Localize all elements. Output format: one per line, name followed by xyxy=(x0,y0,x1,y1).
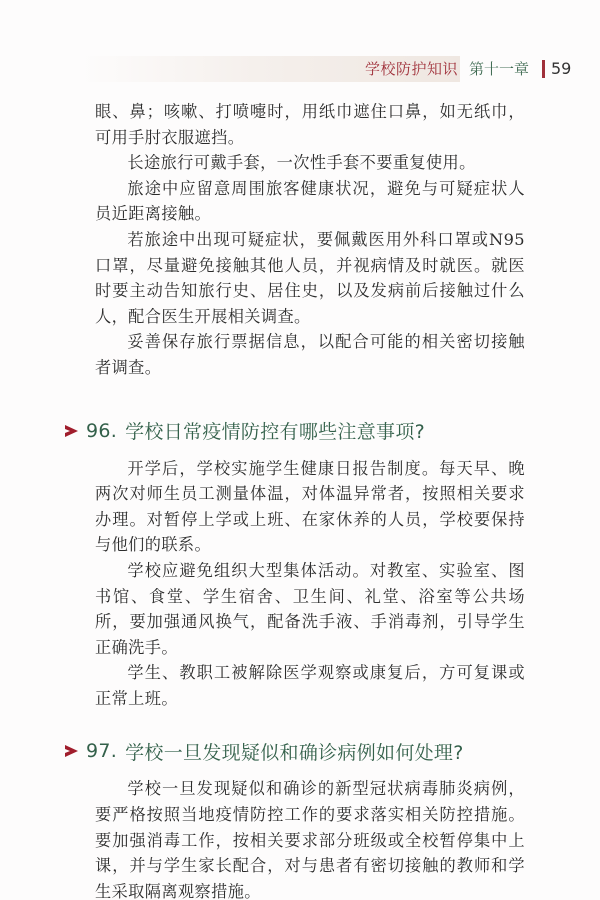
page-number: 59 xyxy=(551,58,571,80)
paragraph: 若旅途中出现可疑症状，要佩戴医用外科口罩或N95口罩，尽量避免接触其他人员，并视… xyxy=(95,227,525,329)
paragraph: 开学后，学校实施学生健康日报告制度。每天早、晚两次对师生员工测量体温，对体温异常… xyxy=(95,456,525,558)
paragraph: 学生、教职工被解除医学观察或康复后，方可复课或正常上班。 xyxy=(95,660,525,711)
paragraph: 学校一旦发现疑似和确诊的新型冠状病毒肺炎病例，要严格按照当地疫情防控工作的要求落… xyxy=(95,776,525,900)
chapter-label: 第十一章 xyxy=(469,58,529,80)
paragraph: 学校应避免组织大型集体活动。对教室、实验室、图书馆、食堂、学生宿舍、卫生间、礼堂… xyxy=(95,558,525,660)
header-divider xyxy=(542,60,545,78)
page-body: 眼、鼻；咳嗽、打喷嚏时，用纸巾遮住口鼻，如无纸巾，可用手肘衣服遮挡。 长途旅行可… xyxy=(95,99,525,900)
paragraph: 长途旅行可戴手套，一次性手套不要重复使用。 xyxy=(95,150,525,176)
section-heading-97: 97. 学校一旦发现疑似和确诊病例如何处理? xyxy=(65,736,525,766)
section-heading-96: 96. 学校日常疫情防控有哪些注意事项? xyxy=(65,416,525,446)
paragraph: 眼、鼻；咳嗽、打喷嚏时，用纸巾遮住口鼻，如无纸巾，可用手肘衣服遮挡。 xyxy=(95,99,525,150)
paragraph: 旅途中应留意周围旅客健康状况，避免与可疑症状人员近距离接触。 xyxy=(95,176,525,227)
arrow-bullet-icon xyxy=(65,425,78,437)
book-title: 学校防护知识 xyxy=(365,58,458,80)
arrow-bullet-icon xyxy=(65,745,78,757)
paragraph: 妥善保存旅行票据信息，以配合可能的相关密切接触者调查。 xyxy=(95,329,525,380)
section-number: 96. xyxy=(86,420,117,442)
section-title: 学校一旦发现疑似和确诊病例如何处理? xyxy=(125,738,464,765)
running-header: 学校防护知识 第十一章 59 xyxy=(80,56,600,84)
section-title: 学校日常疫情防控有哪些注意事项? xyxy=(125,417,425,444)
section-number: 97. xyxy=(86,740,117,762)
